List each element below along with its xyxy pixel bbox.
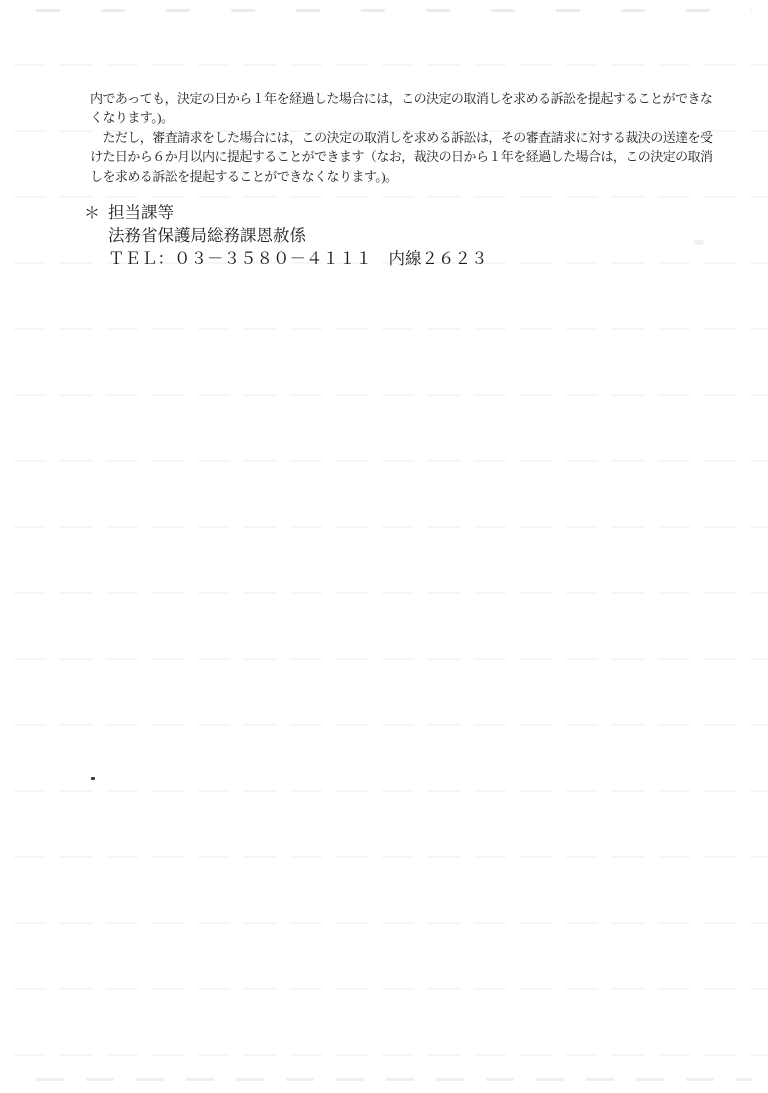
scan-speck <box>91 777 95 780</box>
paragraph-line: くなります。)。 <box>90 108 730 127</box>
body-paragraph: 内であっても，決定の日から１年を経過した場合には，この決定の取消しを求める訴訟を… <box>90 89 730 186</box>
scan-artifact-top-dashes <box>36 9 752 12</box>
scan-artifact-bottom-dashes <box>36 1078 752 1081</box>
asterisk-marker: ＊ <box>84 202 100 225</box>
paragraph-line: ただし，審査請求をした場合には，この決定の取消しを求める訴訟は，その審査請求に対… <box>90 128 730 147</box>
paragraph-line: しを求める訴訟を提起することができなくなります。)。 <box>90 167 730 186</box>
scanned-document-page: 内であっても，決定の日から１年を経過した場合には，この決定の取消しを求める訴訟を… <box>0 0 768 1093</box>
scan-smudge <box>694 240 704 245</box>
contact-phone: ＴＥＬ：０３－３５８０－４１１１ 内線２６２３ <box>108 247 488 270</box>
paragraph-line: 内であっても，決定の日から１年を経過した場合には，この決定の取消しを求める訴訟を… <box>90 89 730 108</box>
contact-department: 法務省保護局総務課恩赦係 <box>108 224 488 247</box>
contact-block: ＊ 担当課等 法務省保護局総務課恩赦係 ＴＥＬ：０３－３５８０－４１１１ 内線２… <box>84 201 488 270</box>
contact-heading: 担当課等 <box>108 201 488 224</box>
paragraph-line: けた日から６か月以内に提起することができます（なお，裁決の日から１年を経過した場… <box>90 147 730 166</box>
